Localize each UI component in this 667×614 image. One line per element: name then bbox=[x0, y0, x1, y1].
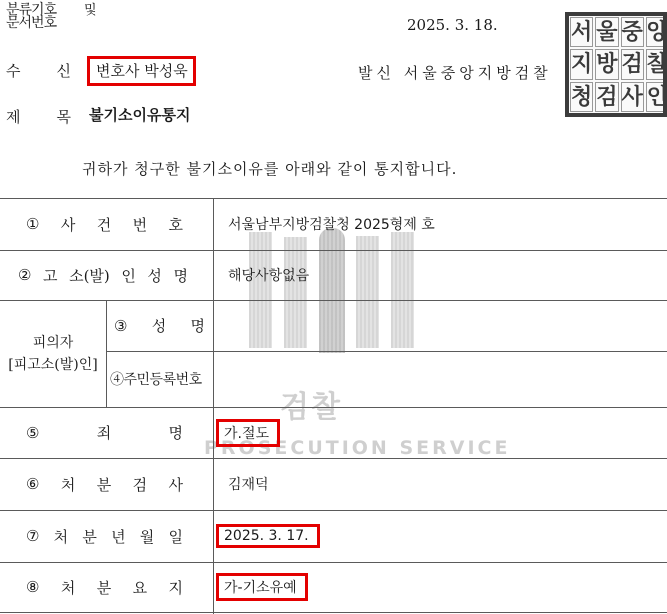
doc-number-label-line2: 문서번호 bbox=[6, 17, 68, 30]
row-label-part: 분 bbox=[97, 474, 112, 495]
row-number: ⑤ bbox=[26, 424, 39, 442]
highlighted-value: 2025. 3. 17. bbox=[216, 524, 320, 548]
row-label-part: 명 bbox=[190, 315, 205, 336]
row-label-part: 분 bbox=[82, 526, 97, 547]
doc-number-label-and: 및 bbox=[84, 4, 96, 17]
recipient-label-part: 신 bbox=[57, 62, 72, 80]
row-label-part: 성 bbox=[152, 315, 167, 336]
seal-glyph: 지 bbox=[570, 49, 593, 79]
row-label-part: 처 bbox=[54, 526, 69, 547]
row-label: ①사건번호 bbox=[26, 198, 183, 250]
subject-title: 불기소이유통지 bbox=[89, 104, 190, 125]
row-label-part: 인 bbox=[121, 265, 136, 286]
row-label: ②고소(발)인성명 bbox=[18, 250, 188, 300]
suspect-label-line: 피의자 bbox=[33, 332, 74, 354]
row-label-part: ④주민등록번호 bbox=[110, 369, 202, 389]
highlighted-value: 가.절도 bbox=[216, 419, 280, 447]
row-label-part: 년 bbox=[111, 526, 126, 547]
official-seal-icon: 서울중앙지방검찰청검사인 bbox=[565, 12, 667, 117]
row-number: ② bbox=[18, 266, 31, 284]
recipient-highlight: 변호사 박성욱 bbox=[87, 56, 196, 86]
row-label: ⑦처분년월일 bbox=[26, 510, 183, 562]
row-label-part: 명 bbox=[173, 265, 188, 286]
row-label-part: 검 bbox=[133, 474, 148, 495]
value-text: 해당사항없음 bbox=[228, 265, 309, 285]
row-label-part: 처 bbox=[61, 577, 76, 598]
seal-glyph: 앙 bbox=[646, 17, 667, 47]
row-label-part: 호 bbox=[168, 214, 183, 235]
row-value: 가.절도 bbox=[216, 407, 280, 458]
seal-glyph: 사 bbox=[621, 82, 644, 112]
document-date: 2025. 3. 18. bbox=[407, 16, 498, 34]
row-label: ④주민등록번호 bbox=[110, 351, 210, 407]
table-rule bbox=[0, 612, 667, 613]
row-label-part: 죄 bbox=[97, 422, 112, 443]
row-label-part: 건 bbox=[97, 214, 112, 235]
seal-glyph: 방 bbox=[595, 49, 618, 79]
subject-label-part: 제 bbox=[6, 108, 21, 126]
row-label-part: 고 bbox=[43, 265, 58, 286]
subject-label-part: 목 bbox=[57, 108, 72, 126]
recipient-label-part: 수 bbox=[6, 62, 21, 80]
row-label-part: 처 bbox=[61, 474, 76, 495]
row-label: ⑧처분요지 bbox=[26, 562, 183, 612]
recipient-label: 수신 bbox=[6, 60, 71, 81]
row-number: ⑧ bbox=[26, 578, 39, 596]
seal-glyph: 찰 bbox=[646, 49, 667, 79]
row-label: ⑤죄명 bbox=[26, 407, 183, 458]
row-label-part: 명 bbox=[168, 422, 183, 443]
suspect-label-line: [피고소(발)인] bbox=[8, 354, 97, 376]
seal-glyph: 서 bbox=[570, 17, 593, 47]
row-number: ③ bbox=[114, 317, 127, 335]
seal-glyph: 중 bbox=[621, 17, 644, 47]
row-label-part: 성 bbox=[147, 265, 162, 286]
recipient-name: 변호사 박성욱 bbox=[96, 62, 188, 80]
value-text: 서울남부지방검찰청 2025형제 호 bbox=[228, 214, 435, 234]
table-divider bbox=[106, 300, 107, 407]
sender: 발신 서울중앙지방검찰 bbox=[358, 62, 552, 83]
seal-glyph: 검 bbox=[595, 82, 618, 112]
row-value: 가-기소유예 bbox=[216, 562, 308, 612]
row-value: 해당사항없음 bbox=[228, 250, 309, 300]
watermark-bar bbox=[356, 236, 379, 348]
row-label-part: 요 bbox=[133, 577, 148, 598]
seal-glyph: 검 bbox=[621, 49, 644, 79]
intro-text: 귀하가 청구한 불기소이유를 아래와 같이 통지합니다. bbox=[82, 158, 457, 179]
seal-glyph: 인 bbox=[646, 82, 667, 112]
row-label-part: 일 bbox=[168, 526, 183, 547]
row-label: ⑥처분검사 bbox=[26, 458, 183, 510]
row-label-part: 월 bbox=[140, 526, 155, 547]
row-label-part: 사 bbox=[61, 214, 76, 235]
row-label-part: 지 bbox=[168, 577, 183, 598]
row-value: 서울남부지방검찰청 2025형제 호 bbox=[228, 198, 435, 250]
row-number: ⑦ bbox=[26, 527, 39, 545]
watermark-korean: 검찰 bbox=[280, 382, 342, 426]
value-text: 김재덕 bbox=[228, 474, 269, 494]
row-label: ③성명 bbox=[114, 300, 205, 351]
row-number: ① bbox=[26, 215, 39, 233]
row-value: 2025. 3. 17. bbox=[216, 510, 320, 562]
row-label-part: 번 bbox=[133, 214, 148, 235]
table-divider bbox=[213, 198, 214, 614]
doc-number-label: 분류기호 문서번호 및 bbox=[6, 4, 68, 30]
row-value: 김재덕 bbox=[228, 458, 269, 510]
row-label-part: 사 bbox=[168, 474, 183, 495]
seal-glyph: 청 bbox=[570, 82, 593, 112]
row-number: ⑥ bbox=[26, 475, 39, 493]
row-label-part: 분 bbox=[97, 577, 112, 598]
seal-glyph: 울 bbox=[595, 17, 618, 47]
suspect-group-label: 피의자[피고소(발)인] bbox=[0, 300, 106, 407]
row-label-part: 소(발) bbox=[69, 265, 110, 286]
subject-label: 제목 bbox=[6, 106, 71, 127]
highlighted-value: 가-기소유예 bbox=[216, 573, 308, 601]
